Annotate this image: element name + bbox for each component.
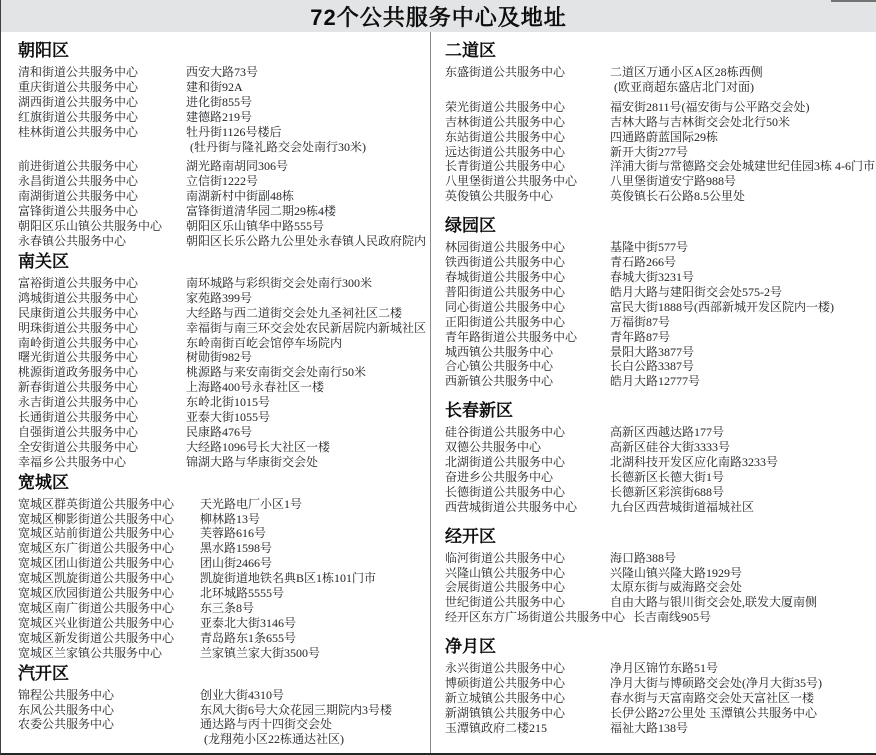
center-address: 亚泰北大街3146号 bbox=[200, 616, 296, 631]
center-address: 芙蓉路616号 bbox=[200, 526, 266, 541]
center-name: 奋进乡公共服务中心 bbox=[445, 470, 610, 485]
district-title: 南关区 bbox=[18, 252, 426, 271]
service-center-row: 合心镇公共服务中心长白公路3387号 bbox=[445, 359, 875, 374]
address-line: 洋浦大街与常德路交会处城建世纪佳园3栋 4-6门市 bbox=[610, 159, 875, 174]
address-line: 南湖新村中街副48栋 bbox=[186, 189, 294, 204]
content-area: 朝阳区清和街道公共服务中心西安大路73号重庆街道公共服务中心建和街92A湖西街道… bbox=[1, 32, 876, 753]
center-address: 高新区硅谷大街3333号 bbox=[610, 440, 730, 455]
center-name: 永兴街道公共服务中心 bbox=[445, 661, 610, 676]
service-center-row: 正阳街道公共服务中心万福街87号 bbox=[445, 315, 875, 330]
service-center-row: 吉林街道公共服务中心吉林大路与吉林街交会处北行50米 bbox=[445, 115, 875, 130]
center-name: 八里堡街道公共服务中心 bbox=[445, 174, 610, 189]
center-name: 世纪街道公共服务中心 bbox=[445, 595, 610, 610]
center-name: 西营城街道公共服务中心 bbox=[445, 500, 610, 515]
center-address: 大经路1096号长大社区一楼 bbox=[186, 440, 330, 455]
address-line: 长吉南线905号 bbox=[633, 610, 711, 625]
center-address: 南湖新村中街副48栋 bbox=[186, 189, 294, 204]
center-name: 正阳街道公共服务中心 bbox=[445, 315, 610, 330]
center-name: 硅谷街道公共服务中心 bbox=[445, 425, 610, 440]
center-name: 前进街道公共服务中心 bbox=[18, 159, 186, 174]
center-name: 长青街道公共服务中心 bbox=[445, 159, 610, 174]
center-name: 永昌街道公共服务中心 bbox=[18, 174, 186, 189]
center-address: 兴隆山镇兴隆大路1929号 bbox=[610, 566, 742, 581]
center-address: 春水街与天富南路交会处天富社区一楼 bbox=[610, 691, 814, 706]
center-name: 春城街道公共服务中心 bbox=[445, 270, 610, 285]
center-name: 新春街道公共服务中心 bbox=[18, 380, 186, 395]
center-name: 宽城区新发街道公共服务中心 bbox=[18, 631, 200, 646]
service-center-row: 荣光街道公共服务中心福安街2811号(福安街与公平路交会处) bbox=[445, 100, 875, 115]
center-name: 林园街道公共服务中心 bbox=[445, 240, 610, 255]
service-center-row: 桂林街道公共服务中心牡丹街1126号楼后(牡丹街与隆礼路交会处南行30米) bbox=[18, 125, 426, 155]
center-address: 凯旋街道地铁名典B区1栋101门市 bbox=[200, 571, 376, 586]
service-center-row: 自强街道公共服务中心民康路476号 bbox=[18, 425, 426, 440]
center-address: 黑水路1598号 bbox=[200, 541, 272, 556]
center-address: 八里堡街道安宁路988号 bbox=[610, 174, 736, 189]
address-line: 凯旋街道地铁名典B区1栋101门市 bbox=[200, 571, 376, 586]
center-address: 青年路87号 bbox=[610, 330, 670, 345]
center-address: 大经路与西二道街交会处九圣祠社区二楼 bbox=[186, 306, 402, 321]
center-address: 长德新区长德大街1号 bbox=[610, 470, 724, 485]
address-line: 英俊镇长石公路8.5公里处 bbox=[610, 189, 745, 204]
center-address: 净月大街与博硕路交会处(净月大街35号) bbox=[610, 676, 822, 691]
service-center-row: 八里堡街道公共服务中心八里堡街道安宁路988号 bbox=[445, 174, 875, 189]
service-center-row: 前进街道公共服务中心湖光路南胡同306号 bbox=[18, 159, 426, 174]
service-center-row: 永吉街道公共服务中心东岭北街1015号 bbox=[18, 395, 426, 410]
service-center-row: 博硕街道公共服务中心净月大街与博硕路交会处(净月大街35号) bbox=[445, 676, 875, 691]
address-line: 净月区锦竹东路51号 bbox=[610, 661, 718, 676]
address-line: 吉林大路与吉林街交会处北行50米 bbox=[610, 115, 790, 130]
address-line: 牡丹街1126号楼后 bbox=[186, 125, 366, 140]
center-name: 富裕街道公共服务中心 bbox=[18, 276, 186, 291]
center-address: 亚泰大街1055号 bbox=[186, 410, 270, 425]
address-line: 朝阳区长乐公路九公里处永春镇人民政府院内 bbox=[186, 234, 426, 249]
service-center-row: 宽城区兰家镇公共服务中心兰家镇兰家大街3500号 bbox=[18, 646, 426, 661]
center-name: 玉潭镇政府二楼215 bbox=[445, 721, 610, 736]
center-address: 长伊公路27公里处 玉潭镇公共服务中心 bbox=[610, 706, 817, 721]
page-title: 72个公共服务中心及地址 bbox=[310, 1, 566, 32]
center-address: 富民大街1888号(西部新城开发区院内一楼) bbox=[610, 300, 834, 315]
center-name: 东站街道公共服务中心 bbox=[445, 130, 610, 145]
center-address: 通达路与丙十四街交会处(龙翔苑小区22栋通达社区) bbox=[200, 717, 344, 747]
address-line: 北湖科技开发区应化南路3233号 bbox=[610, 455, 778, 470]
district-title: 绿园区 bbox=[445, 216, 875, 235]
center-address: 家苑路399号 bbox=[186, 291, 252, 306]
center-address: 自由大路与银川街交会处,联发大厦南侧 bbox=[610, 595, 817, 610]
center-address: 南环城路与彩织街交会处南行300米 bbox=[186, 276, 372, 291]
center-address: 新开大街277号 bbox=[610, 145, 688, 160]
address-line: 万福街87号 bbox=[610, 315, 670, 330]
service-center-row: 富裕街道公共服务中心南环城路与彩织街交会处南行300米 bbox=[18, 276, 426, 291]
center-name: 自强街道公共服务中心 bbox=[18, 425, 186, 440]
address-line: 北环城路5555号 bbox=[200, 586, 284, 601]
district-title: 经开区 bbox=[445, 527, 875, 546]
address-line: 高新区硅谷大街3333号 bbox=[610, 440, 730, 455]
center-address: 北环城路5555号 bbox=[200, 586, 284, 601]
address-line: 西安大路73号 bbox=[186, 65, 258, 80]
center-address: 福安街2811号(福安街与公平路交会处) bbox=[610, 100, 810, 115]
address-note-line: (龙翔苑小区22栋通达社区) bbox=[200, 732, 344, 747]
center-address: 朝阳区乐山镇华中路555号 bbox=[186, 219, 324, 234]
center-address: 太原东街与威海路交会处 bbox=[610, 580, 742, 595]
top-edge-artifact bbox=[831, 0, 876, 2]
center-address: 进化街855号 bbox=[186, 95, 252, 110]
service-center-row: 清和街道公共服务中心西安大路73号 bbox=[18, 65, 426, 80]
service-center-row: 铁西街道公共服务中心青石路266号 bbox=[445, 255, 875, 270]
center-name: 普阳街道公共服务中心 bbox=[445, 285, 610, 300]
center-address: 建和街92A bbox=[186, 80, 243, 95]
service-center-row: 长青街道公共服务中心洋浦大街与常德路交会处城建世纪佳园3栋 4-6门市 bbox=[445, 159, 875, 174]
service-center-row: 东风公共服务中心东风大街6号大众花园三期院内3号楼 bbox=[18, 703, 426, 718]
center-name: 鸿城街道公共服务中心 bbox=[18, 291, 186, 306]
address-line: 春城大街3231号 bbox=[610, 270, 694, 285]
service-center-row: 农委公共服务中心通达路与丙十四街交会处(龙翔苑小区22栋通达社区) bbox=[18, 717, 426, 747]
center-name: 新湖镇镇公共服务中心 bbox=[445, 706, 610, 721]
service-center-row: 西新镇公共服务中心皓月大路12777号 bbox=[445, 374, 875, 389]
service-center-row: 林园街道公共服务中心基隆中街577号 bbox=[445, 240, 875, 255]
center-address: 湖光路南胡同306号 bbox=[186, 159, 288, 174]
service-center-row: 城西镇公共服务中心景阳大路3877号 bbox=[445, 345, 875, 360]
address-line: 二道区万通小区A区28栋西侧 bbox=[610, 65, 763, 80]
service-center-row: 西营城街道公共服务中心九台区西营城街道福城社区 bbox=[445, 500, 875, 515]
center-name: 青年路街道公共服务中心 bbox=[445, 330, 610, 345]
address-line: 幸福街与南三环交会处农民新居院内新城社区 bbox=[186, 321, 426, 336]
center-name: 博硕街道公共服务中心 bbox=[445, 676, 610, 691]
center-name: 桂林街道公共服务中心 bbox=[18, 125, 186, 140]
address-line: 皓月大路与建阳街交会处575-2号 bbox=[610, 285, 782, 300]
center-address: 海口路388号 bbox=[610, 551, 676, 566]
center-name: 富锋街道公共服务中心 bbox=[18, 204, 186, 219]
center-address: 朝阳区长乐公路九公里处永春镇人民政府院内 bbox=[186, 234, 426, 249]
center-address: 二道区万通小区A区28栋西侧(欧亚商超东盛店北门对面) bbox=[610, 65, 763, 95]
address-line: 大经路1096号长大社区一楼 bbox=[186, 440, 330, 455]
district-section: 长春新区硅谷街道公共服务中心高新区西越达路177号双德公共服务中心高新区硅谷大街… bbox=[445, 401, 875, 514]
center-name: 宽城区团山街道公共服务中心 bbox=[18, 556, 200, 571]
address-line: 东岭南街百屹会馆停车场院内 bbox=[186, 336, 342, 351]
center-name: 西新镇公共服务中心 bbox=[445, 374, 610, 389]
service-center-row: 宽城区南广街道公共服务中心东三条8号 bbox=[18, 601, 426, 616]
center-address: 皓月大路12777号 bbox=[610, 374, 700, 389]
center-address: 富锋街道清华园二期29栋4楼 bbox=[186, 204, 336, 219]
center-name: 南湖街道公共服务中心 bbox=[18, 189, 186, 204]
service-center-row: 宽城区欣园街道公共服务中心北环城路5555号 bbox=[18, 586, 426, 601]
district-title: 宽城区 bbox=[18, 473, 426, 492]
district-section: 南关区富裕街道公共服务中心南环城路与彩织街交会处南行300米鸿城街道公共服务中心… bbox=[18, 252, 426, 470]
center-address: 团山街2466号 bbox=[200, 556, 272, 571]
service-center-row: 北湖街道公共服务中心北湖科技开发区应化南路3233号 bbox=[445, 455, 875, 470]
address-line: 皓月大路12777号 bbox=[610, 374, 700, 389]
service-center-row: 桃源街道政务服务中心桃源路与来安南街交会处南行50米 bbox=[18, 365, 426, 380]
center-address: 福祉大路138号 bbox=[610, 721, 688, 736]
address-line: 柳林路13号 bbox=[200, 512, 260, 527]
address-line: 锦湖大路与华康街交会处 bbox=[186, 455, 318, 470]
address-line: 东风大街6号大众花园三期院内3号楼 bbox=[200, 703, 392, 718]
center-name: 明珠街道公共服务中心 bbox=[18, 321, 186, 336]
service-center-row: 曙光街道公共服务中心树勋街982号 bbox=[18, 350, 426, 365]
center-name: 荣光街道公共服务中心 bbox=[445, 100, 610, 115]
center-address: 高新区西越达路177号 bbox=[610, 425, 724, 440]
center-address: 青石路266号 bbox=[610, 255, 676, 270]
service-center-row: 玉潭镇政府二楼215福祉大路138号 bbox=[445, 721, 875, 736]
address-line: 新开大街277号 bbox=[610, 145, 688, 160]
address-line: 黑水路1598号 bbox=[200, 541, 272, 556]
center-name: 远达街道公共服务中心 bbox=[445, 145, 610, 160]
center-name: 长通街道公共服务中心 bbox=[18, 410, 186, 425]
address-line: 家苑路399号 bbox=[186, 291, 252, 306]
center-name: 东盛街道公共服务中心 bbox=[445, 65, 610, 80]
service-center-row: 奋进乡公共服务中心长德新区长德大街1号 bbox=[445, 470, 875, 485]
address-line: 青年路87号 bbox=[610, 330, 670, 345]
center-name: 全安街道公共服务中心 bbox=[18, 440, 186, 455]
address-line: 自由大路与银川街交会处,联发大厦南侧 bbox=[610, 595, 817, 610]
address-line: 景阳大路3877号 bbox=[610, 345, 694, 360]
service-center-row: 春城街道公共服务中心春城大街3231号 bbox=[445, 270, 875, 285]
title-bar: 72个公共服务中心及地址 bbox=[1, 0, 876, 32]
district-title: 朝阳区 bbox=[18, 41, 426, 60]
center-address: 九台区西营城街道福城社区 bbox=[610, 500, 754, 515]
center-address: 净月区锦竹东路51号 bbox=[610, 661, 718, 676]
center-address: 东风大街6号大众花园三期院内3号楼 bbox=[200, 703, 392, 718]
address-line: 青岛路东1条655号 bbox=[200, 631, 296, 646]
district-title: 净月区 bbox=[445, 637, 875, 656]
center-name: 清和街道公共服务中心 bbox=[18, 65, 186, 80]
center-address: 英俊镇长石公路8.5公里处 bbox=[610, 189, 745, 204]
service-center-row: 明珠街道公共服务中心幸福街与南三环交会处农民新居院内新城社区 bbox=[18, 321, 426, 336]
service-center-row: 宽城区柳影街道公共服务中心柳林路13号 bbox=[18, 512, 426, 527]
center-name: 民康街道公共服务中心 bbox=[18, 306, 186, 321]
service-center-row: 宽城区凯旋街道公共服务中心凯旋街道地铁名典B区1栋101门市 bbox=[18, 571, 426, 586]
district-title: 二道区 bbox=[445, 41, 875, 60]
center-name: 临河街道公共服务中心 bbox=[445, 551, 610, 566]
address-line: 兴隆山镇兴隆大路1929号 bbox=[610, 566, 742, 581]
center-name: 重庆街道公共服务中心 bbox=[18, 80, 186, 95]
service-center-row: 湖西街道公共服务中心进化街855号 bbox=[18, 95, 426, 110]
service-center-row: 青年路街道公共服务中心青年路87号 bbox=[445, 330, 875, 345]
service-center-row: 锦程公共服务中心创业大街4310号 bbox=[18, 688, 426, 703]
center-name: 城西镇公共服务中心 bbox=[445, 345, 610, 360]
service-center-row: 东盛街道公共服务中心二道区万通小区A区28栋西侧(欧亚商超东盛店北门对面) bbox=[445, 65, 875, 95]
center-name: 宽城区东广街道公共服务中心 bbox=[18, 541, 200, 556]
center-name: 红旗街道公共服务中心 bbox=[18, 110, 186, 125]
address-line: 湖光路南胡同306号 bbox=[186, 159, 288, 174]
service-center-row: 宽城区兴业街道公共服务中心亚泰北大街3146号 bbox=[18, 616, 426, 631]
address-line: 九台区西营城街道福城社区 bbox=[610, 500, 754, 515]
address-line: 高新区西越达路177号 bbox=[610, 425, 724, 440]
address-line: 创业大街4310号 bbox=[200, 688, 284, 703]
address-line: 天光路电厂小区1号 bbox=[200, 497, 302, 512]
service-center-row: 宽城区群英街道公共服务中心天光路电厂小区1号 bbox=[18, 497, 426, 512]
service-center-row: 朝阳区乐山镇公共服务中心朝阳区乐山镇华中路555号 bbox=[18, 219, 426, 234]
address-note-line: (牡丹街与隆礼路交会处南行30米) bbox=[186, 140, 366, 155]
address-line: 立信街1222号 bbox=[186, 174, 258, 189]
address-line: 桃源路与来安南街交会处南行50米 bbox=[186, 365, 366, 380]
service-center-row: 普阳街道公共服务中心皓月大路与建阳街交会处575-2号 bbox=[445, 285, 875, 300]
service-center-row: 新立城镇公共服务中心春水街与天富南路交会处天富社区一楼 bbox=[445, 691, 875, 706]
center-address: 洋浦大街与常德路交会处城建世纪佳园3栋 4-6门市 bbox=[610, 159, 875, 174]
address-note-line: (欧亚商超东盛店北门对面) bbox=[610, 80, 763, 95]
center-address: 长德新区彩滨街688号 bbox=[610, 485, 724, 500]
district-title: 长春新区 bbox=[445, 401, 875, 420]
center-name: 宽城区柳影街道公共服务中心 bbox=[18, 512, 200, 527]
right-column: 二道区东盛街道公共服务中心二道区万通小区A区28栋西侧(欧亚商超东盛店北门对面)… bbox=[430, 32, 876, 753]
address-line: 团山街2466号 bbox=[200, 556, 272, 571]
address-line: 民康路476号 bbox=[186, 425, 252, 440]
address-line: 朝阳区乐山镇华中路555号 bbox=[186, 219, 324, 234]
address-line: 亚泰大街1055号 bbox=[186, 410, 270, 425]
service-center-row: 宽城区站前街道公共服务中心芙蓉路616号 bbox=[18, 526, 426, 541]
address-line: 长伊公路27公里处 玉潭镇公共服务中心 bbox=[610, 706, 817, 721]
center-address: 幸福街与南三环交会处农民新居院内新城社区 bbox=[186, 321, 426, 336]
address-line: 长德新区长德大街1号 bbox=[610, 470, 724, 485]
address-line: 兰家镇兰家大街3500号 bbox=[200, 646, 320, 661]
service-center-row: 东站街道公共服务中心四通路蔚蓝国际29栋 bbox=[445, 130, 875, 145]
center-name: 南岭街道公共服务中心 bbox=[18, 336, 186, 351]
address-line: 富民大街1888号(西部新城开发区院内一楼) bbox=[610, 300, 834, 315]
center-name: 铁西街道公共服务中心 bbox=[445, 255, 610, 270]
center-address: 兰家镇兰家大街3500号 bbox=[200, 646, 320, 661]
service-center-row: 红旗街道公共服务中心建德路219号 bbox=[18, 110, 426, 125]
address-line: 福祉大路138号 bbox=[610, 721, 688, 736]
service-center-row: 长通街道公共服务中心亚泰大街1055号 bbox=[18, 410, 426, 425]
address-line: 南环城路与彩织街交会处南行300米 bbox=[186, 276, 372, 291]
center-name: 桃源街道政务服务中心 bbox=[18, 365, 186, 380]
service-center-row: 经开区东方广场街道公共服务中心长吉南线905号 bbox=[445, 610, 875, 625]
center-address: 东三条8号 bbox=[200, 601, 254, 616]
center-address: 建德路219号 bbox=[186, 110, 252, 125]
center-name: 经开区东方广场街道公共服务中心 bbox=[445, 610, 633, 625]
center-name: 兴隆山镇公共服务中心 bbox=[445, 566, 610, 581]
center-address: 民康路476号 bbox=[186, 425, 252, 440]
service-center-row: 宽城区新发街道公共服务中心青岛路东1条655号 bbox=[18, 631, 426, 646]
center-name: 长德街道公共服务中心 bbox=[445, 485, 610, 500]
address-line: 东三条8号 bbox=[200, 601, 254, 616]
service-center-row: 同心街道公共服务中心富民大街1888号(西部新城开发区院内一楼) bbox=[445, 300, 875, 315]
service-center-row: 兴隆山镇公共服务中心兴隆山镇兴隆大路1929号 bbox=[445, 566, 875, 581]
center-address: 景阳大路3877号 bbox=[610, 345, 694, 360]
center-address: 锦湖大路与华康街交会处 bbox=[186, 455, 318, 470]
service-center-row: 宽城区团山街道公共服务中心团山街2466号 bbox=[18, 556, 426, 571]
address-line: 海口路388号 bbox=[610, 551, 676, 566]
center-address: 北湖科技开发区应化南路3233号 bbox=[610, 455, 778, 470]
address-line: 通达路与丙十四街交会处 bbox=[200, 717, 344, 732]
center-name: 朝阳区乐山镇公共服务中心 bbox=[18, 219, 186, 234]
address-line: 福安街2811号(福安街与公平路交会处) bbox=[610, 100, 810, 115]
address-line: 亚泰北大街3146号 bbox=[200, 616, 296, 631]
service-center-row: 英俊镇公共服务中心英俊镇长石公路8.5公里处 bbox=[445, 189, 875, 204]
center-name: 湖西街道公共服务中心 bbox=[18, 95, 186, 110]
center-address: 柳林路13号 bbox=[200, 512, 260, 527]
center-address: 长白公路3387号 bbox=[610, 359, 694, 374]
address-line: 富锋街道清华园二期29栋4楼 bbox=[186, 204, 336, 219]
service-center-row: 远达街道公共服务中心新开大街277号 bbox=[445, 145, 875, 160]
address-line: 八里堡街道安宁路988号 bbox=[610, 174, 736, 189]
center-address: 西安大路73号 bbox=[186, 65, 258, 80]
address-line: 建和街92A bbox=[186, 80, 243, 95]
center-address: 桃源路与来安南街交会处南行50米 bbox=[186, 365, 366, 380]
center-address: 四通路蔚蓝国际29栋 bbox=[610, 130, 718, 145]
address-line: 芙蓉路616号 bbox=[200, 526, 266, 541]
center-name: 东风公共服务中心 bbox=[18, 703, 200, 718]
center-address: 万福街87号 bbox=[610, 315, 670, 330]
service-center-row: 富锋街道公共服务中心富锋街道清华园二期29栋4楼 bbox=[18, 204, 426, 219]
district-section: 宽城区宽城区群英街道公共服务中心天光路电厂小区1号宽城区柳影街道公共服务中心柳林… bbox=[18, 473, 426, 661]
center-address: 长吉南线905号 bbox=[633, 610, 711, 625]
address-line: 大经路与西二道街交会处九圣祠社区二楼 bbox=[186, 306, 402, 321]
address-line: 东岭北街1015号 bbox=[186, 395, 270, 410]
service-center-row: 会展街道公共服务中心太原东街与威海路交会处 bbox=[445, 580, 875, 595]
center-address: 春城大街3231号 bbox=[610, 270, 694, 285]
center-name: 农委公共服务中心 bbox=[18, 717, 200, 732]
service-center-row: 世纪街道公共服务中心自由大路与银川街交会处,联发大厦南侧 bbox=[445, 595, 875, 610]
service-center-row: 永昌街道公共服务中心立信街1222号 bbox=[18, 174, 426, 189]
service-center-row: 幸福乡公共服务中心锦湖大路与华康街交会处 bbox=[18, 455, 426, 470]
center-address: 天光路电厂小区1号 bbox=[200, 497, 302, 512]
district-title: 汽开区 bbox=[18, 664, 426, 683]
service-center-row: 永兴街道公共服务中心净月区锦竹东路51号 bbox=[445, 661, 875, 676]
service-center-row: 宽城区东广街道公共服务中心黑水路1598号 bbox=[18, 541, 426, 556]
address-line: 春水街与天富南路交会处天富社区一楼 bbox=[610, 691, 814, 706]
center-address: 立信街1222号 bbox=[186, 174, 258, 189]
service-center-row: 双德公共服务中心高新区硅谷大街3333号 bbox=[445, 440, 875, 455]
center-address: 东岭南街百屹会馆停车场院内 bbox=[186, 336, 342, 351]
service-center-row: 临河街道公共服务中心海口路388号 bbox=[445, 551, 875, 566]
service-center-row: 重庆街道公共服务中心建和街92A bbox=[18, 80, 426, 95]
center-name: 北湖街道公共服务中心 bbox=[445, 455, 610, 470]
address-line: 四通路蔚蓝国际29栋 bbox=[610, 130, 718, 145]
address-line: 建德路219号 bbox=[186, 110, 252, 125]
address-line: 进化街855号 bbox=[186, 95, 252, 110]
address-line: 基隆中街577号 bbox=[610, 240, 688, 255]
center-name: 双德公共服务中心 bbox=[445, 440, 610, 455]
address-line: 太原东街与威海路交会处 bbox=[610, 580, 742, 595]
center-name: 永吉街道公共服务中心 bbox=[18, 395, 186, 410]
service-center-row: 新湖镇镇公共服务中心长伊公路27公里处 玉潭镇公共服务中心 bbox=[445, 706, 875, 721]
service-center-row: 新春街道公共服务中心上海路400号永春社区一楼 bbox=[18, 380, 426, 395]
center-name: 同心街道公共服务中心 bbox=[445, 300, 610, 315]
address-line: 树勋街982号 bbox=[186, 350, 252, 365]
center-name: 锦程公共服务中心 bbox=[18, 688, 200, 703]
address-line: 长白公路3387号 bbox=[610, 359, 694, 374]
center-name: 宽城区兰家镇公共服务中心 bbox=[18, 646, 200, 661]
service-center-row: 民康街道公共服务中心大经路与西二道街交会处九圣祠社区二楼 bbox=[18, 306, 426, 321]
district-section: 朝阳区清和街道公共服务中心西安大路73号重庆街道公共服务中心建和街92A湖西街道… bbox=[18, 41, 426, 249]
center-address: 牡丹街1126号楼后(牡丹街与隆礼路交会处南行30米) bbox=[186, 125, 366, 155]
district-section: 经开区临河街道公共服务中心海口路388号兴隆山镇公共服务中心兴隆山镇兴隆大路19… bbox=[445, 527, 875, 626]
center-address: 创业大街4310号 bbox=[200, 688, 284, 703]
center-address: 青岛路东1条655号 bbox=[200, 631, 296, 646]
document-page: 72个公共服务中心及地址 朝阳区清和街道公共服务中心西安大路73号重庆街道公共服… bbox=[0, 0, 876, 755]
center-name: 吉林街道公共服务中心 bbox=[445, 115, 610, 130]
center-name: 新立城镇公共服务中心 bbox=[445, 691, 610, 706]
center-name: 合心镇公共服务中心 bbox=[445, 359, 610, 374]
center-address: 吉林大路与吉林街交会处北行50米 bbox=[610, 115, 790, 130]
district-section: 二道区东盛街道公共服务中心二道区万通小区A区28栋西侧(欧亚商超东盛店北门对面)… bbox=[445, 41, 875, 204]
center-name: 曙光街道公共服务中心 bbox=[18, 350, 186, 365]
center-address: 树勋街982号 bbox=[186, 350, 252, 365]
center-name: 宽城区兴业街道公共服务中心 bbox=[18, 616, 200, 631]
center-address: 基隆中街577号 bbox=[610, 240, 688, 255]
district-section: 净月区永兴街道公共服务中心净月区锦竹东路51号博硕街道公共服务中心净月大街与博硕… bbox=[445, 637, 875, 736]
center-name: 宽城区站前街道公共服务中心 bbox=[18, 526, 200, 541]
center-name: 宽城区凯旋街道公共服务中心 bbox=[18, 571, 200, 586]
center-address: 上海路400号永春社区一楼 bbox=[186, 380, 324, 395]
service-center-row: 全安街道公共服务中心大经路1096号长大社区一楼 bbox=[18, 440, 426, 455]
center-name: 宽城区南广街道公共服务中心 bbox=[18, 601, 200, 616]
district-section: 绿园区林园街道公共服务中心基隆中街577号铁西街道公共服务中心青石路266号春城… bbox=[445, 216, 875, 389]
address-line: 长德新区彩滨街688号 bbox=[610, 485, 724, 500]
center-name: 幸福乡公共服务中心 bbox=[18, 455, 186, 470]
service-center-row: 鸿城街道公共服务中心家苑路399号 bbox=[18, 291, 426, 306]
center-name: 永春镇公共服务中心 bbox=[18, 234, 186, 249]
